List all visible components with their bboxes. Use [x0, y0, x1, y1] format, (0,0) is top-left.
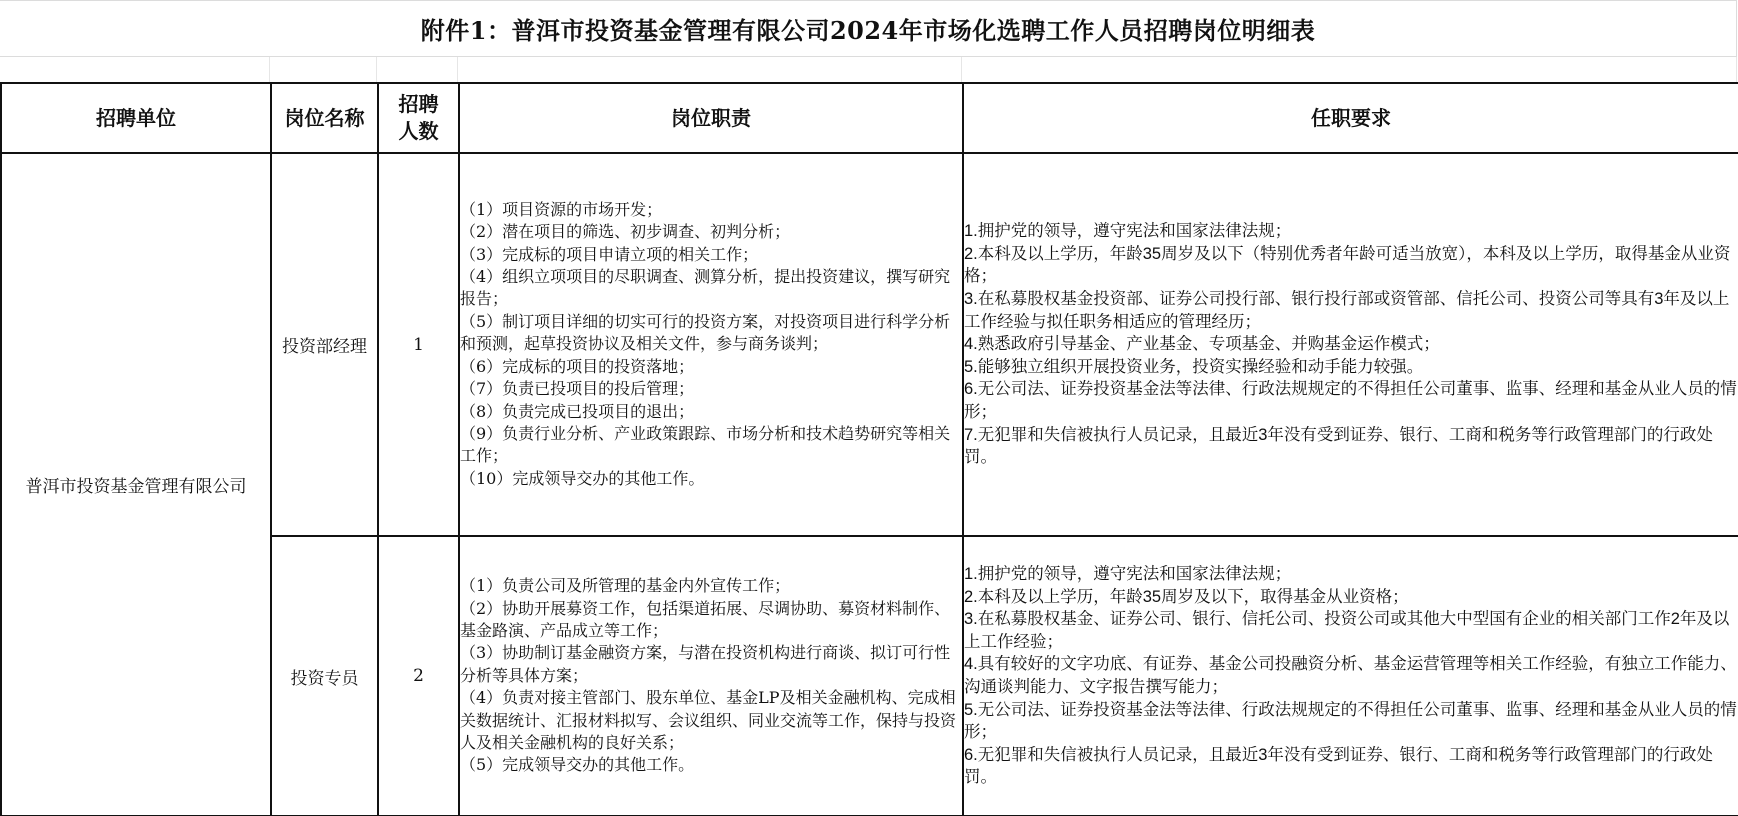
spreadsheet-sheet: 附件1：普洱市投资基金管理有限公司2024年市场化选聘工作人员招聘岗位明细表 招… — [0, 0, 1738, 816]
headcount-cell: 2 — [378, 536, 459, 816]
gridline — [376, 57, 377, 82]
requirement-item: 3.在私募股权基金投资部、证券公司投行部、银行投行部或资管部、信托公司、投资公司… — [964, 288, 1738, 333]
requirement-item: 7.无犯罪和失信被执行人员记录，且最近3年没有受到证券、银行、工商和税务等行政管… — [964, 424, 1738, 469]
title-row: 附件1：普洱市投资基金管理有限公司2024年市场化选聘工作人员招聘岗位明细表 — [0, 0, 1737, 57]
recruitment-table: 招聘单位 岗位名称 招聘人数 岗位职责 任职要求 普洱市投资基金管理有限公司 投… — [0, 82, 1738, 816]
duty-item: （4）负责对接主管部门、股东单位、基金LP及相关金融机构、完成相关数据统计、汇报… — [460, 687, 962, 754]
header-requirements: 任职要求 — [963, 83, 1738, 153]
duties-cell: （1）负责公司及所管理的基金内外宣传工作； （2）协助开展募资工作，包括渠道拓展… — [459, 536, 963, 816]
requirement-item: 5.能够独立组织开展投资业务，投资实操经验和动手能力较强。 — [964, 356, 1738, 379]
duty-item: （5）完成领导交办的其他工作。 — [460, 754, 962, 776]
requirement-item: 6.无犯罪和失信被执行人员记录，且最近3年没有受到证券、银行、工商和税务等行政管… — [964, 744, 1738, 789]
requirement-item: 2.本科及以上学历，年龄35周岁及以下（特别优秀者年龄可适当放宽），本科及以上学… — [964, 243, 1738, 288]
header-unit: 招聘单位 — [1, 83, 271, 153]
header-count: 招聘人数 — [378, 83, 459, 153]
requirement-item: 2.本科及以上学历，年龄35周岁及以下，取得基金从业资格； — [964, 586, 1738, 609]
duty-item: （7）负责已投项目的投后管理； — [460, 378, 962, 400]
duty-item: （5）制订项目详细的切实可行的投资方案，对投资项目进行科学分析和预测，起草投资协… — [460, 311, 962, 356]
gridline — [457, 57, 458, 82]
duty-item: （3）完成标的项目申请立项的相关工作； — [460, 244, 962, 266]
headcount-cell: 1 — [378, 153, 459, 536]
header-count-label: 招聘人数 — [397, 91, 441, 145]
header-duties: 岗位职责 — [459, 83, 963, 153]
duty-item: （8）负责完成已投项目的退出； — [460, 401, 962, 423]
duty-item: （9）负责行业分析、产业政策跟踪、市场分析和技术趋势研究等相关工作； — [460, 423, 962, 468]
duty-item: （1）负责公司及所管理的基金内外宣传工作； — [460, 575, 962, 597]
requirements-cell: 1.拥护党的领导，遵守宪法和国家法律法规； 2.本科及以上学历，年龄35周岁及以… — [963, 153, 1738, 536]
requirement-item: 4.具有较好的文字功底、有证券、基金公司投融资分析、基金运营管理等相关工作经验，… — [964, 653, 1738, 698]
duty-item: （3）协助制订基金融资方案，与潜在投资机构进行商谈、拟订可行性分析等具体方案； — [460, 642, 962, 687]
duty-item: （10）完成领导交办的其他工作。 — [460, 468, 962, 490]
requirement-item: 6.无公司法、证券投资基金法等法律、行政法规规定的不得担任公司董事、监事、经理和… — [964, 378, 1738, 423]
duty-item: （2）协助开展募资工作，包括渠道拓展、尽调协助、募资材料制作、基金路演、产品成立… — [460, 598, 962, 643]
duty-item: （4）组织立项项目的尽职调查、测算分析，提出投资建议，撰写研究报告； — [460, 266, 962, 311]
requirement-item: 1.拥护党的领导，遵守宪法和国家法律法规； — [964, 563, 1738, 586]
header-position: 岗位名称 — [271, 83, 378, 153]
position-name-cell: 投资专员 — [271, 536, 378, 816]
requirement-item: 3.在私募股权基金、证券公司、银行、信托公司、投资公司或其他大中型国有企业的相关… — [964, 608, 1738, 653]
requirement-item: 5.无公司法、证券投资基金法等法律、行政法规规定的不得担任公司董事、监事、经理和… — [964, 699, 1738, 744]
requirement-item: 1.拥护党的领导，遵守宪法和国家法律法规； — [964, 220, 1738, 243]
table-row: 普洱市投资基金管理有限公司 投资部经理 1 （1）项目资源的市场开发； （2）潜… — [1, 153, 1738, 536]
position-name-cell: 投资部经理 — [271, 153, 378, 536]
gridline — [961, 57, 962, 82]
gridline — [269, 57, 270, 82]
duty-item: （6）完成标的项目的投资落地； — [460, 356, 962, 378]
duty-item: （2）潜在项目的筛选、初步调查、初判分析； — [460, 221, 962, 243]
requirement-item: 4.熟悉政府引导基金、产业基金、专项基金、并购基金运作模式； — [964, 333, 1738, 356]
empty-spacer-row — [0, 57, 1737, 82]
requirements-cell: 1.拥护党的领导，遵守宪法和国家法律法规； 2.本科及以上学历，年龄35周岁及以… — [963, 536, 1738, 816]
header-row: 招聘单位 岗位名称 招聘人数 岗位职责 任职要求 — [1, 83, 1738, 153]
recruiting-unit-cell: 普洱市投资基金管理有限公司 — [1, 153, 271, 816]
document-title: 附件1：普洱市投资基金管理有限公司2024年市场化选聘工作人员招聘岗位明细表 — [421, 11, 1316, 46]
duty-item: （1）项目资源的市场开发； — [460, 199, 962, 221]
duties-cell: （1）项目资源的市场开发； （2）潜在项目的筛选、初步调查、初判分析； （3）完… — [459, 153, 963, 536]
